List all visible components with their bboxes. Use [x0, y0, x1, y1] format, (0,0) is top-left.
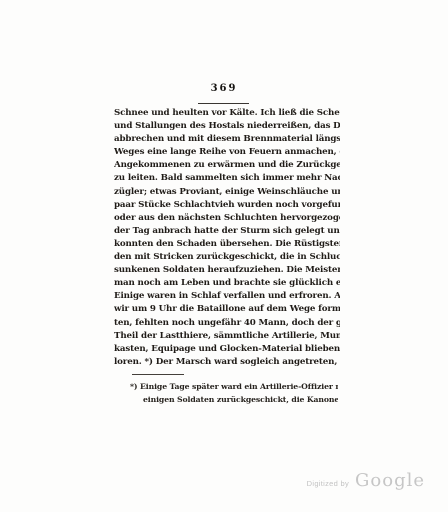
body-line: loren. *) Der Marsch ward sogleich anget…	[114, 356, 340, 369]
body-line: paar Stücke Schlachtvieh wurden noch vor…	[114, 199, 340, 212]
footnote-line: *) Einige Tage später ward ein Artilleri…	[130, 381, 338, 394]
body-line: abbrechen und mit diesem Brennmaterial l…	[114, 133, 340, 146]
body-line: oder aus den nächsten Schluchten hervorg…	[114, 212, 340, 225]
body-line: kasten, Equipage und Glocken-Material bl…	[114, 343, 340, 356]
body-line: konnten den Schaden übersehen. Die Rüsti…	[114, 238, 340, 251]
scanned-book-page: 369 Schnee und heulten vor Kälte. Ich li…	[0, 0, 448, 512]
header-rule	[198, 103, 249, 104]
body-line: sunkenen Soldaten heraufzuziehen. Die Me…	[114, 264, 340, 277]
body-line: Angekommenen zu erwärmen und die Zurückg…	[114, 159, 340, 172]
body-line: Weges eine lange Reihe von Feuern anmach…	[114, 146, 340, 159]
body-line: Schnee und heulten vor Kälte. Ich ließ d…	[114, 107, 340, 120]
body-line: den mit Stricken zurückgeschickt, die in…	[114, 251, 340, 264]
footnote: *) Einige Tage später ward ein Artilleri…	[130, 381, 338, 406]
page-number: 369	[0, 83, 448, 94]
body-line: wir um 9 Uhr die Bataillone auf dem Wege…	[114, 303, 340, 316]
watermark-prefix: Digitized by	[307, 479, 349, 488]
body-line: Einige waren in Schlaf verfallen und erf…	[114, 290, 340, 303]
body-line: ten, fehlten noch ungefähr 40 Mann, doch…	[114, 317, 340, 330]
body-line: zügler; etwas Proviant, einige Weinschlä…	[114, 186, 340, 199]
digitized-by-google-watermark: Digitized by Google	[307, 470, 425, 491]
body-line: und Stallungen des Hostals niederreißen,…	[114, 120, 340, 133]
body-text: Schnee und heulten vor Kälte. Ich ließ d…	[114, 107, 340, 369]
body-line: zu leiten. Bald sammelten sich immer meh…	[114, 172, 340, 185]
body-line: man noch am Leben und brachte sie glückl…	[114, 277, 340, 290]
body-line: der Tag anbrach hatte der Sturm sich gel…	[114, 225, 340, 238]
footnote-line: einigen Soldaten zurückgeschickt, die Ka…	[130, 394, 338, 407]
google-logo: Google	[355, 470, 425, 491]
body-line: Theil der Lastthiere, sämmtliche Artille…	[114, 330, 340, 343]
footnote-separator	[132, 374, 184, 375]
